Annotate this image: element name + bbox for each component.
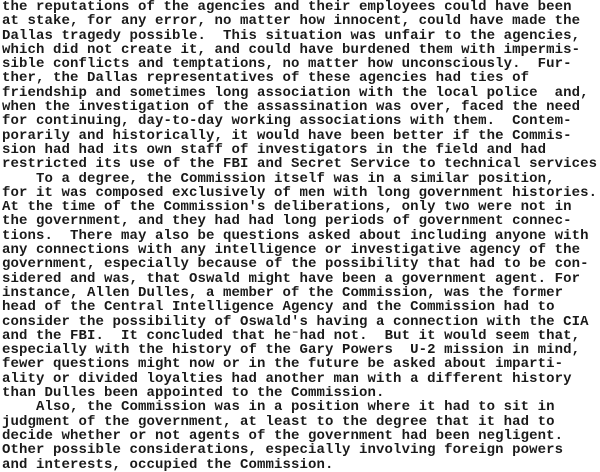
text-line: Also, the Commission was in a position w… — [2, 400, 600, 414]
text-line: any connections with any intelligence or… — [2, 243, 600, 257]
text-line: At the time of the Commission's delibera… — [2, 200, 600, 214]
text-line: at stake, for any error, no matter how i… — [2, 14, 600, 28]
text-line: decide whether or not agents of the gove… — [2, 429, 600, 443]
text-line: when the investigation of the assassinat… — [2, 100, 600, 114]
text-line: government, especially because of the po… — [2, 257, 600, 271]
text-line: sidered and was, that Oswald might have … — [2, 272, 600, 286]
text-line: porarily and historically, it would have… — [2, 129, 600, 143]
document-page: the reputations of the agencies and thei… — [0, 0, 600, 472]
text-line: instance, Allen Dulles, a member of the … — [2, 286, 600, 300]
text-line: the reputations of the agencies and thei… — [2, 0, 600, 14]
text-line: head of the Central Intelligence Agency … — [2, 300, 600, 314]
text-line: for continuing, day-to-day working assoc… — [2, 114, 600, 128]
text-line: and interests, occupied the Commission. — [2, 458, 600, 472]
text-line: To a degree, the Commission itself was i… — [2, 172, 600, 186]
text-line: Dallas tragedy possible. This situation … — [2, 29, 600, 43]
text-line: ality or divided loyalties had another m… — [2, 372, 600, 386]
text-line: sion had had its own staff of investigat… — [2, 143, 600, 157]
text-line: restricted its use of the FBI and Secret… — [2, 157, 600, 171]
text-line: sible conflicts and temptations, no matt… — [2, 57, 600, 71]
text-line: for it was composed exclusively of men w… — [2, 186, 600, 200]
text-line: judgment of the government, at least to … — [2, 415, 600, 429]
text-line: Other possible considerations, especiall… — [2, 443, 600, 457]
text-line: ther, the Dallas representatives of thes… — [2, 71, 600, 85]
text-line: consider the possibility of Oswald's hav… — [2, 315, 600, 329]
text-line: especially with the history of the Gary … — [2, 343, 600, 357]
text-line: tions. There may also be questions asked… — [2, 229, 600, 243]
text-line: and the FBI. It concluded that he⁻had no… — [2, 329, 600, 343]
text-line: fewer questions might now or in the futu… — [2, 357, 600, 371]
text-line: which did not create it, and could have … — [2, 43, 600, 57]
text-line: friendship and sometimes long associatio… — [2, 86, 600, 100]
text-line: the government, and they had had long pe… — [2, 214, 600, 228]
text-line: than Dulles been appointed to the Commis… — [2, 386, 600, 400]
document-text-block: the reputations of the agencies and thei… — [2, 0, 600, 472]
